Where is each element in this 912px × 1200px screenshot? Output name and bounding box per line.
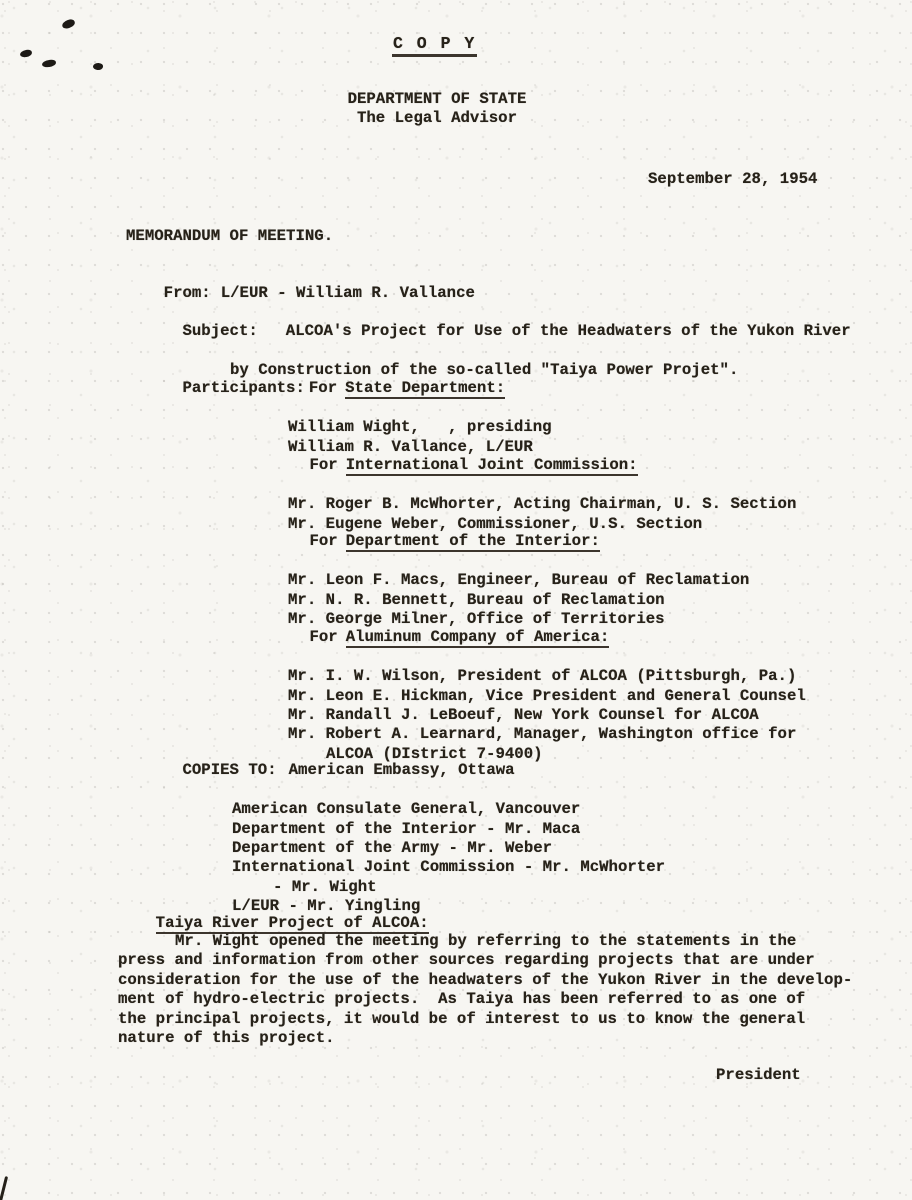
group-heading-ijc: International Joint Commission: [346, 456, 638, 476]
group-heading-alcoa: Aluminum Company of America: [346, 628, 610, 648]
participant-line: Mr. Leon F. Macs, Engineer, Bureau of Re… [126, 571, 749, 590]
subject-line-1: Subject:ALCOA's Project for Use of the H… [126, 303, 851, 361]
ink-blob [19, 49, 32, 58]
participant-line: Mr. I. W. Wilson, President of ALCOA (Pi… [126, 667, 806, 686]
subject-label: Subject: [182, 322, 257, 340]
group-heading-state-department: State Department: [345, 379, 505, 399]
group-header-line: ForDepartment of the Interior: [126, 513, 749, 571]
copies-recipient: American Embassy, Ottawa [289, 761, 515, 779]
ink-blob [93, 63, 103, 71]
copies-recipient: Department of the Interior - Mr. Maca [126, 820, 665, 839]
group-heading-interior: Department of the Interior: [346, 532, 600, 552]
copies-recipient: International Joint Commission - Mr. McW… [126, 858, 665, 877]
subject-text: ALCOA's Project for Use of the Headwater… [286, 322, 851, 340]
ink-blob [42, 59, 57, 68]
for-label: For [309, 379, 337, 397]
body-line: ment of hydro-electric projects. As Taiy… [118, 990, 878, 1009]
for-label: For [309, 532, 337, 550]
copies-recipient: Department of the Army - Mr. Weber [126, 839, 665, 858]
ink-blob [61, 18, 76, 30]
body-line: nature of this project. [118, 1029, 878, 1048]
from-value: L/EUR - William R. Vallance [221, 284, 475, 302]
participants-alcoa: ForAluminum Company of America: Mr. I. W… [126, 609, 806, 764]
participant-line: Mr. Roger B. McWhorter, Acting Chairman,… [126, 495, 796, 514]
for-label: For [309, 456, 337, 474]
body-line: Mr. Wight opened the meeting by referrin… [118, 932, 878, 951]
group-header-line: ForAluminum Company of America: [126, 609, 806, 667]
for-label: For [309, 628, 337, 646]
copy-stamp: C O P Y [392, 34, 477, 54]
copies-recipient: American Consulate General, Vancouver [126, 800, 665, 819]
participant-line: William Wight, , presiding [126, 418, 552, 437]
letterhead-office: The Legal Advisor [262, 109, 612, 128]
copies-block: COPIES TO:American Embassy, Ottawa Ameri… [126, 742, 665, 917]
body-line: the principal projects, it would be of i… [118, 1010, 878, 1029]
group-header-line: ForInternational Joint Commission: [126, 437, 796, 495]
participants-header-line: Participants:ForState Department: [126, 360, 552, 418]
document-page: C O P Y DEPARTMENT OF STATE The Legal Ad… [0, 0, 912, 1200]
participants-label: Participants: [182, 379, 304, 397]
participant-line: Mr. Leon E. Hickman, Vice President and … [126, 687, 806, 706]
body-line: consideration for the use of the headwat… [118, 971, 878, 990]
date-line: September 28, 1954 [648, 170, 817, 189]
participant-line: Mr. N. R. Bennett, Bureau of Reclamation [126, 591, 749, 610]
copies-header-line: COPIES TO:American Embassy, Ottawa [126, 742, 665, 800]
letterhead: DEPARTMENT OF STATE The Legal Advisor [262, 90, 612, 129]
scan-edge-mark [0, 1176, 8, 1200]
from-label: From: [164, 284, 211, 302]
participant-line: Mr. Randall J. LeBoeuf, New York Counsel… [126, 706, 806, 725]
letterhead-department: DEPARTMENT OF STATE [262, 90, 612, 109]
copies-label: COPIES TO: [182, 761, 276, 779]
body-line: press and information from other sources… [118, 951, 878, 970]
memo-title: MEMORANDUM OF MEETING. [126, 227, 333, 246]
signature-president: President [716, 1066, 801, 1085]
body-paragraph: Mr. Wight opened the meeting by referrin… [118, 932, 878, 1048]
